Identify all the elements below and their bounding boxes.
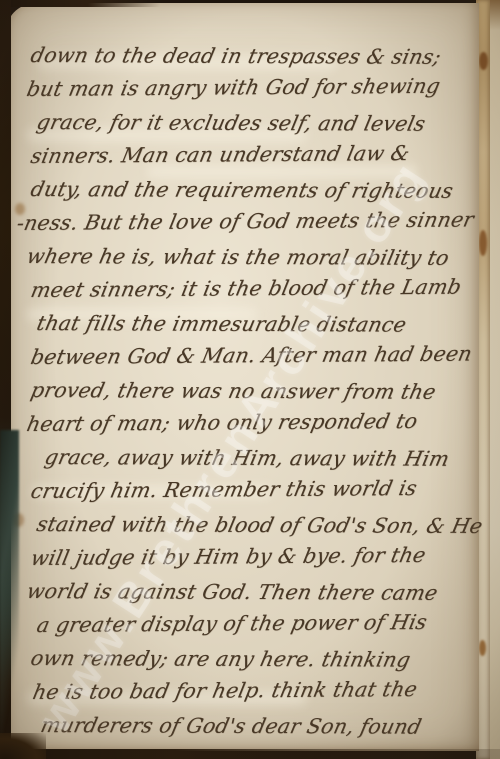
handwritten-line: meet sinners; it is the blood of the Lam… <box>31 270 479 307</box>
handwritten-line: between God & Man. After man had been <box>31 337 479 374</box>
photo-backdrop-bottom-edge <box>0 749 500 759</box>
adjacent-page-edge <box>489 0 500 759</box>
handwritten-line: sinners. Man can understand law & <box>31 136 479 173</box>
handwritten-line: but man is angry with God for shewing <box>27 69 479 106</box>
handwritten-line: -ness. But the love of God meets the sin… <box>17 203 479 240</box>
handwritten-line: he is too bad for help. think that the <box>33 672 479 709</box>
gutter-stain <box>479 640 486 656</box>
gutter-stain <box>479 52 488 70</box>
handwritten-line: crucify him. Remember this world is <box>31 471 479 508</box>
handwritten-line: will judge it by Him by & bye. for the <box>31 538 479 575</box>
handwritten-line: a greater display of the power of His <box>37 605 479 642</box>
manuscript-photo: down to the dead in trespasses & sins; b… <box>0 0 500 759</box>
handwriting-block: down to the dead in trespasses & sins; b… <box>31 39 479 743</box>
handwritten-line: murderers of God's dear Son, found <box>41 709 479 744</box>
photo-backdrop-top-edge <box>0 0 160 7</box>
page-edges-teal <box>0 430 19 759</box>
photo-backdrop-corner <box>0 733 46 759</box>
handwritten-line: heart of man; who only responded to <box>27 404 479 441</box>
manuscript-page: down to the dead in trespasses & sins; b… <box>7 3 479 751</box>
gutter-stain <box>479 230 487 256</box>
